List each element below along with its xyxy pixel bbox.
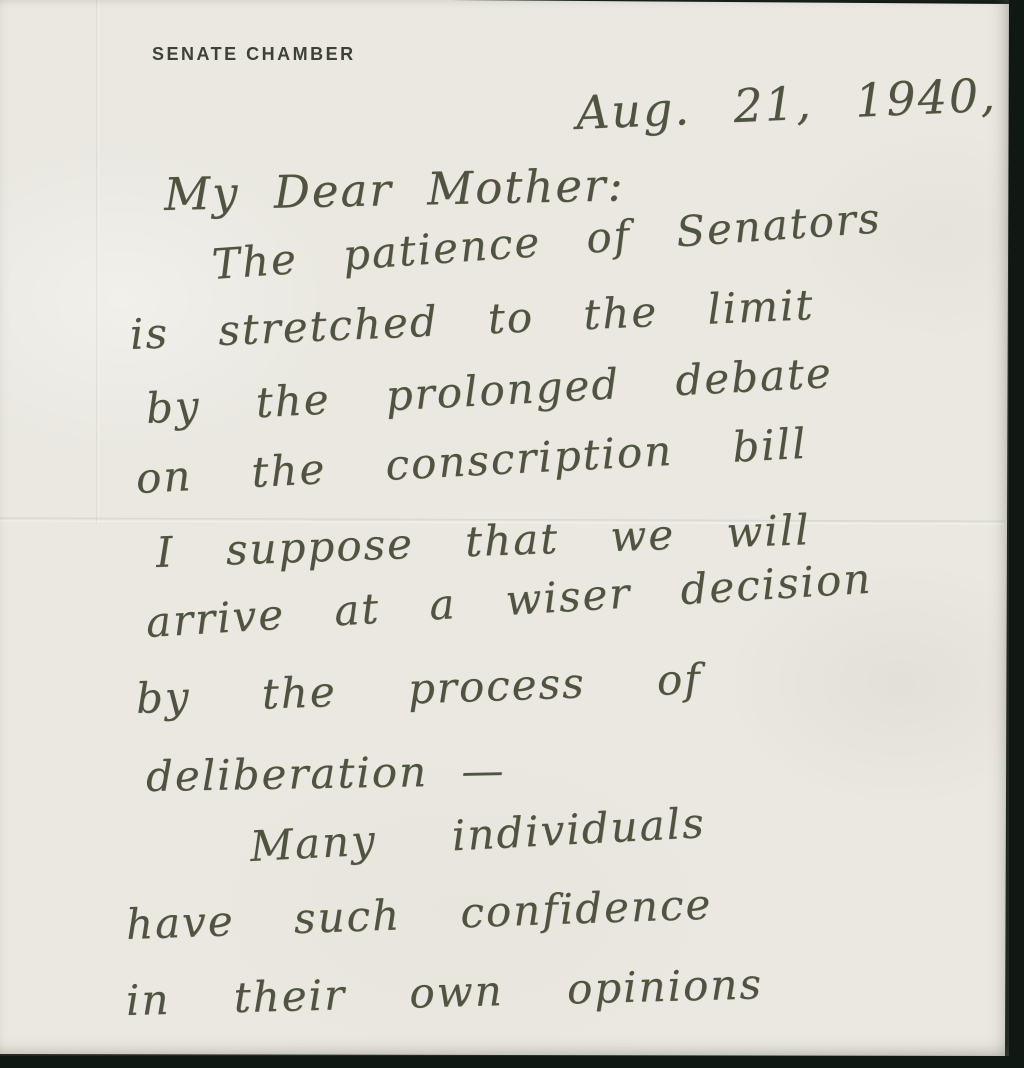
- body-line: by the process of: [135, 654, 702, 723]
- body-line: is stretched to the limit: [129, 280, 815, 359]
- fold-line-vertical: [96, 0, 99, 524]
- letterhead-title: SENATE CHAMBER: [152, 44, 356, 65]
- body-line: deliberation —: [146, 746, 506, 801]
- body-line: Many individuals: [249, 798, 707, 871]
- date-line: Aug. 21, 1940,: [575, 68, 998, 140]
- body-line: on the conscription bill: [135, 419, 809, 503]
- body-line: by the prolonged debate: [145, 348, 834, 433]
- salutation-line: My Dear Mother:: [163, 158, 625, 221]
- letter-paper: SENATE CHAMBER Aug. 21, 1940, My Dear Mo…: [0, 0, 1024, 1068]
- body-line: have such confidence: [125, 880, 713, 949]
- scanned-letter-view: SENATE CHAMBER Aug. 21, 1940, My Dear Mo…: [0, 0, 1024, 1068]
- body-line: in their own opinions: [125, 959, 763, 1025]
